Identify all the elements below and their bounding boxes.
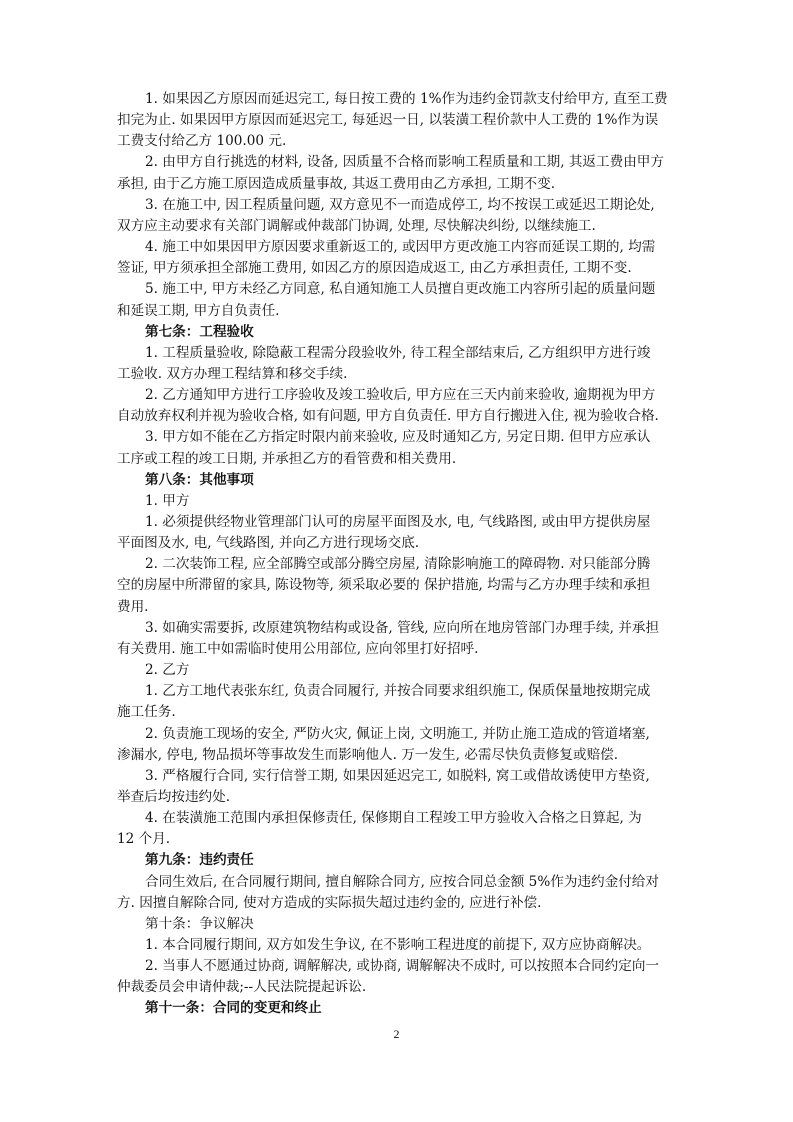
paragraph-line: 合同生效后, 在合同履行期间, 擅自解除合同方, 应按合同总金额 5%作为违约金… <box>145 871 659 893</box>
paragraph-line: 和延误工期, 甲方自负责任. <box>117 300 280 322</box>
paragraph-line: 3. 严格履行合同, 实行信誉工期, 如果因延迟完工, 如脱料, 窝工或借故诱使… <box>145 765 650 787</box>
paragraph-line: 1. 甲方 <box>145 490 189 512</box>
paragraph-line: 费用. <box>117 596 149 618</box>
paragraph-line: 4. 施工中如果因甲方原因要求重新返工的, 或因甲方更改施工内容而延误工期的, … <box>145 236 655 258</box>
paragraph-line: 自动放弃权利并视为验收合格, 如有问题, 甲方自负责任. 甲方自行搬进入住, 视… <box>117 405 659 427</box>
paragraph-line: 第十条：争议解决 <box>145 913 254 935</box>
document-page: 1. 如果因乙方原因而延迟完工, 每日按工费的 1%作为违约金罚款支付给甲方, … <box>0 0 793 1122</box>
paragraph-line: 签证, 甲方须承担全部施工费用, 如因乙方的原因造成返工, 由乙方承担责任, 工… <box>117 257 632 279</box>
paragraph-line: 1. 乙方工地代表张东红, 负责合同履行, 并按合同要求组织施工, 保质保量地按… <box>145 680 650 702</box>
paragraph-line: 3. 在施工中, 因工程质量问题, 双方意见不一而造成停工, 均不按误工或延迟工… <box>145 194 655 216</box>
paragraph-line: 1. 工程质量验收, 除隐蔽工程需分段验收外, 待工程全部结束后, 乙方组织甲方… <box>145 342 650 364</box>
paragraph-line: 5. 施工中, 甲方未经乙方同意, 私自通知施工人员擅自更改施工内容所引起的质量… <box>145 278 655 300</box>
paragraph-line: 工费支付给乙方 100.00 元. <box>117 130 286 152</box>
paragraph-line: 工验收. 双方办理工程结算和移交手续. <box>117 363 347 385</box>
paragraph-line: 1. 如果因乙方原因而延迟完工, 每日按工费的 1%作为违约金罚款支付给甲方, … <box>145 88 668 110</box>
paragraph-line: 2. 乙方通知甲方进行工序验收及竣工验收后, 甲方应在三天内前来验收, 逾期视为… <box>145 384 655 406</box>
paragraph-line: 3. 如确实需要拆, 改原建筑物结构或设备, 管线, 应向所在地房管部门办理手续… <box>145 617 659 639</box>
paragraph-line: 1. 本合同履行期间, 双方如发生争议, 在不影响工程进度的前提下, 双方应协商… <box>145 934 650 956</box>
paragraph-line: 承担, 由于乙方施工原因造成质量事故, 其返工费用由乙方承担, 工期不变. <box>117 173 555 195</box>
paragraph-line: 空的房屋中所滞留的家具, 陈设物等, 须采取必要的 保护措施, 均需与乙方办理手… <box>117 574 650 596</box>
paragraph-line: 举查后均按违约处. <box>117 786 230 808</box>
section-heading: 第八条：其他事项 <box>145 469 254 491</box>
paragraph-line: 2. 二次装饰工程, 应全部腾空或部分腾空房屋, 清除影响施工的障碍物. 对只能… <box>145 553 650 575</box>
section-heading: 第十一条：合同的变更和终止 <box>145 997 322 1019</box>
paragraph-line: 2. 负责施工现场的安全, 严防火灾, 佩证上岗, 文明施工, 并防止施工造成的… <box>145 723 650 745</box>
paragraph-line: 12 个月. <box>117 828 170 850</box>
paragraph-line: 渗漏水, 停电, 物品损坏等事故发生而影响他人. 万一发生, 必需尽快负责修复或… <box>117 744 618 766</box>
paragraph-line: 扣完为止. 如果因甲方原因而延迟完工, 每延迟一日, 以装潢工程价款中人工费的 … <box>117 109 658 131</box>
page-number: 2 <box>0 1027 793 1042</box>
paragraph-line: 有关费用. 施工中如需临时使用公用部位, 应向邻里打好招呼. <box>117 638 478 660</box>
paragraph-line: 4. 在装潢施工范围内承担保修责任, 保修期自工程竣工甲方验收入合格之日算起, … <box>145 807 642 829</box>
paragraph-line: 施工任务. <box>117 701 176 723</box>
paragraph-line: 方. 因擅自解除合同, 使对方造成的实际损失超过违约金的, 应进行补偿. <box>117 892 541 914</box>
paragraph-line: 1. 必须提供经物业管理部门认可的房屋平面图及水, 电, 气线路图, 或由甲方提… <box>145 511 650 533</box>
paragraph-line: 工序或工程的竣工日期, 并承担乙方的看管费和相关费用. <box>117 448 456 470</box>
paragraph-line: 仲裁委员会申请仲裁;--人民法院提起诉讼. <box>117 976 366 998</box>
section-heading: 第七条：工程验收 <box>145 321 254 343</box>
paragraph-line: 2. 由甲方自行挑选的材料, 设备, 因质量不合格而影响工程质量和工期, 其返工… <box>145 151 664 173</box>
section-heading: 第九条：违约责任 <box>145 849 254 871</box>
paragraph-line: 2. 乙方 <box>145 659 189 681</box>
paragraph-line: 3. 甲方如不能在乙方指定时限内前来验收, 应及时通知乙方, 另定日期. 但甲方… <box>145 426 650 448</box>
paragraph-line: 平面图及水, 电, 气线路图, 并向乙方进行现场交底. <box>117 532 419 554</box>
paragraph-line: 双方应主动要求有关部门调解或仲裁部门协调, 处理, 尽快解决纠纷, 以继续施工. <box>117 215 596 237</box>
paragraph-line: 2. 当事人不愿通过协商, 调解解决, 或协商, 调解解决不成时, 可以按照本合… <box>145 955 659 977</box>
